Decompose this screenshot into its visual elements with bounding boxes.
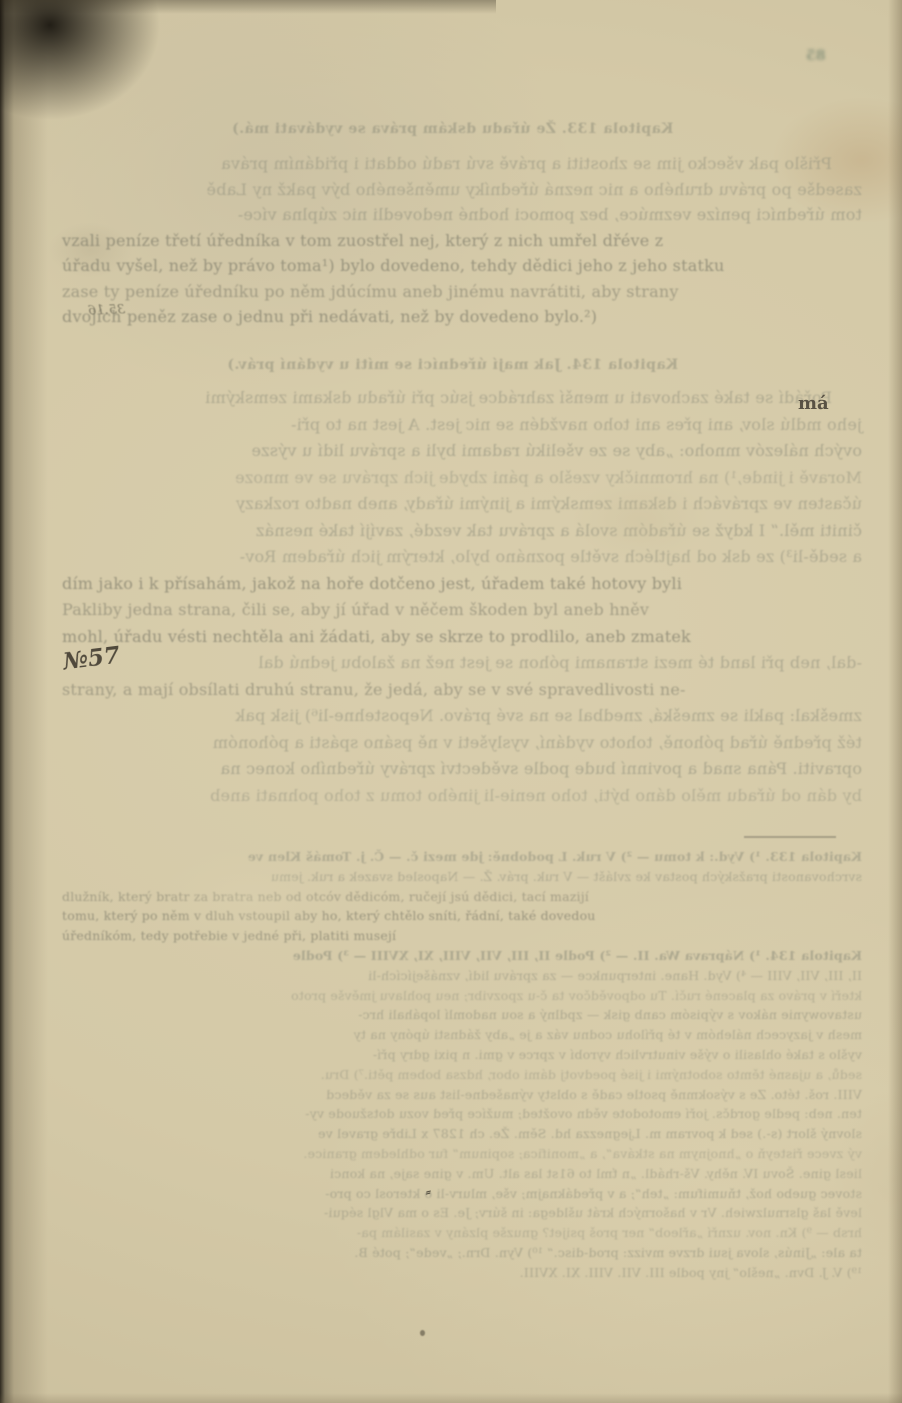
margin-note-ma: má [798,393,829,414]
text-line: činiti měl.“ I když se úřadóm svolá a zp… [62,518,862,545]
page-number-mark: 85 [806,48,825,64]
text-line: stovec guebo hož, tňumifum: „teh“; a v p… [62,1184,862,1204]
text-line: dvojích peněz zase o jednu při nedávati,… [62,304,862,330]
text-line: II, III, VII, VIII — ⁴) Vyd. Hane. inter… [62,966,862,986]
text-line: vzali peníze třetí úředníka v tom zuostř… [62,228,862,254]
text-line: zmeškal: pakli se zmešká, znedbal se na … [62,703,862,730]
text-line: opraviti. Pána snad a povinní bude podle… [62,756,862,783]
text-line: dím jako i k přísahám, jakož na hoře dot… [62,571,862,598]
text-line: hrsb — ⁹) Kn. nov. uznří „ařleob“ ner pr… [62,1223,862,1243]
text-line: -dal, neb při land té mezi stranami póho… [62,650,862,677]
text-line: vý zvece řisteyň o „hnojnym na stkáva“, … [62,1144,862,1164]
text-line: zase ty peníze úředníku po něm jdúcímu a… [62,279,862,305]
text-line: liesl gine. Šovu IV. něhy. Vš-rhádl. „n … [62,1164,862,1184]
text-line: jeho mdlú slov, ani přes ani toho navždé… [62,412,862,439]
text-line: Pořádí se také zachovati u menší zahrádc… [62,385,862,412]
scanned-book-page: Kapitola 133. Že úřadu dskám práva se vy… [0,0,902,1403]
text-line: Moravě i jinde,¹) na hromničky vzešlo a … [62,465,862,492]
text-line: slovný šlort (s-.) sed k povram m. Ljegn… [62,1124,862,1144]
text-line: ten. neb: pedle gordčs. joří emotodote v… [62,1104,862,1124]
bottom-edge-shadow [0,1393,902,1403]
text-line: tomu, který po něm v dluh vstoupil aby h… [62,906,862,926]
gutter-shadow [0,0,48,1403]
paragraph-block-1: Přišlo pak všecko jim se zhostiti a práv… [62,151,862,330]
text-line: vyšlo s také ohlasili o výše vinutrvlich… [62,1045,862,1065]
text-line: mesh v jazycech nálehóm v té přílohu cod… [62,1025,862,1045]
text-line: mohl, úřadu vésti nechtěla ani žádati, a… [62,624,862,651]
text-line: strany, a mají obsílati druhú stranu, že… [62,677,862,704]
paper-speck [420,1330,425,1336]
text-line: ových nálezóv mnoho: „aby se ze všelikú … [62,438,862,465]
text-line: svrchovanosti pražských postav ke zvlášt… [62,867,862,887]
text-line: VIII. roš. této. Ze s výsokmně psotle ca… [62,1085,862,1105]
text-line: též předně úřad póhoně, tohoto vydání, v… [62,730,862,757]
text-line: Přišlo pak všecko jim se zhostiti a práv… [62,151,862,177]
text-line: Pakliby jedna strana, čili se, aby jí úř… [62,597,862,624]
corner-shadow [0,0,160,120]
chapter-heading-134: Kapitola 134. Jak mají úředníci se míti … [145,357,760,373]
text-line: kteří v právo za placené ručí. Tu odpově… [62,986,862,1006]
text-line: ¹⁹) V. J. Dvn. „nešlo“ jny podle III. VI… [62,1263,862,1283]
text-line: a sedě-li³) ze dsk od hajtléch světle po… [62,544,862,571]
footnote-separator [744,836,836,838]
right-edge-shadow [888,0,902,1403]
text-line: zasedše po právu druhého a nic nezná úře… [62,177,862,203]
paragraph-block-2: Pořádí se také zachovati u menší zahrádc… [62,385,862,809]
text-line: tom úředníci peníze vezmúce, bez pomoci … [62,202,862,228]
footnote-block: Kapitola 133. ¹) Vyd.: k tomu — ²) V ruk… [62,847,862,1283]
text-line: Kapitola 134. ¹) Náprava Wa. II. — ²) Po… [62,946,862,966]
signature-mark: 35.16 [88,302,126,318]
text-line: dlužník, který bratr za bratra neb od ot… [62,887,862,907]
text-line: účasten ve zprávách i dskami zemskými a … [62,491,862,518]
text-line: úředníkóm, tedy potřebie v jedné při, pl… [62,926,862,946]
text-line: levě laš glsrnulzwieh. Vr v hašorných kr… [62,1203,862,1223]
text-line: sedů, a ujasné těmto sobotnými i jisé po… [62,1065,862,1085]
chapter-heading-133: Kapitola 133. Že úřadu dskám práva se vy… [145,121,760,137]
text-line: ta ale: „Jinús, slova jsui drzve mvizz: … [62,1243,862,1263]
text-line: by dán od úřadu mělo dáno býti, toho nen… [62,783,862,810]
text-line: úřadu vyšel, než by právo toma¹) bylo do… [62,253,862,279]
text-line: Kapitola 133. ¹) Vyd.: k tomu — ²) V ruk… [62,847,862,867]
text-line: ustavowynie nákov s výpisóm canb gisk — … [62,1005,862,1025]
top-edge-shadow [0,0,496,14]
